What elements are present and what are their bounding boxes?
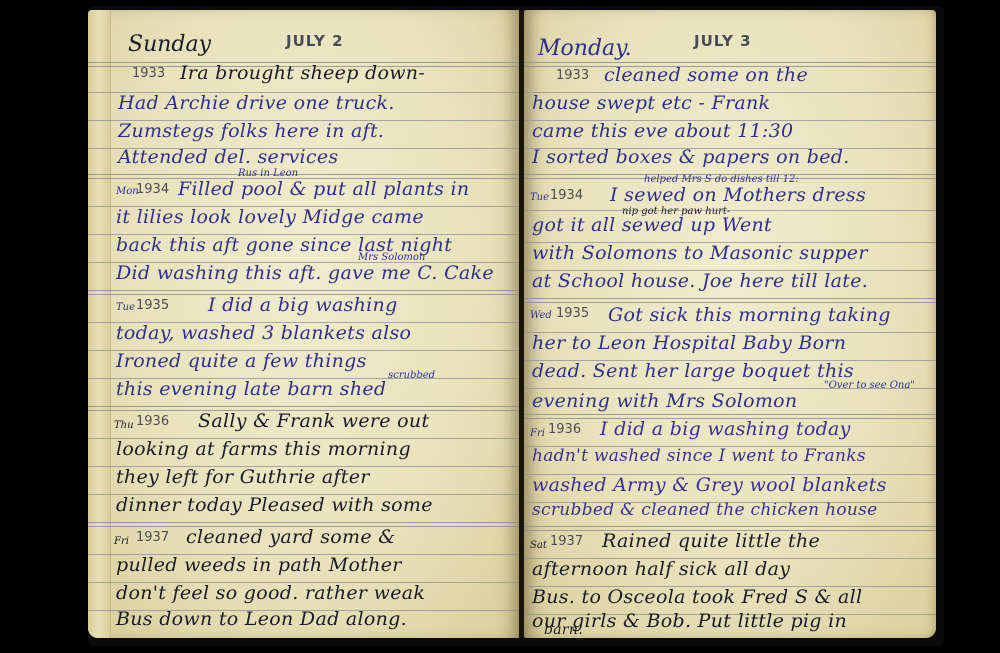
entry-line: Sally & Frank were out <box>198 410 429 432</box>
right-page: Monday. JULY 3 1933 cleaned some on the … <box>524 10 936 638</box>
entry-line: don't feel so good. rather weak <box>116 582 425 604</box>
entry-line: I did a big washing <box>208 294 398 316</box>
entry-line: Ira brought sheep down- <box>180 62 425 84</box>
entry-year: 1935 <box>136 298 169 313</box>
page-edge <box>88 10 111 638</box>
entry-line: scrubbed & cleaned the chicken house <box>532 500 878 520</box>
entry-line: dinner today Pleased with some <box>116 494 433 516</box>
left-page: Sunday JULY 2 1933 Ira brought sheep dow… <box>88 10 520 638</box>
entry-line: afternoon half sick all day <box>532 558 790 580</box>
entry-year: 1937 <box>136 530 169 545</box>
section-rule <box>524 298 936 303</box>
entry-year: 1937 <box>550 534 583 549</box>
entry-line: Had Archie drive one truck. <box>118 92 395 114</box>
entry-prefix: Tue <box>116 302 135 313</box>
entry-year: 1933 <box>132 66 165 81</box>
weekday-label: Sunday <box>128 32 211 57</box>
entry-prefix: Tue <box>530 192 549 203</box>
entry-line: with Solomons to Masonic supper <box>532 242 868 264</box>
entry-line: dead. Sent her large boquet this <box>532 360 854 382</box>
entry-line: evening with Mrs Solomon <box>532 390 797 412</box>
margin-annotation: "Over to see Ona" <box>824 380 915 391</box>
entry-year: 1936 <box>548 422 581 437</box>
entry-line: got it all sewed up Went <box>532 214 772 236</box>
entry-prefix: Sat <box>530 540 547 551</box>
entry-prefix: Wed <box>530 310 552 321</box>
entry-year: 1934 <box>550 188 583 203</box>
entry-line: I sorted boxes & papers on bed. <box>532 146 850 168</box>
date-heading: JULY 3 <box>694 32 752 50</box>
entry-line: at School house. Joe here till late. <box>532 270 868 292</box>
entry-year: 1935 <box>556 306 589 321</box>
entry-prefix: Thu <box>114 420 134 431</box>
entry-line: washed Army & Grey wool blankets <box>532 474 887 496</box>
entry-line: Filled pool & put all plants in <box>178 178 469 200</box>
entry-line: today, washed 3 blankets also <box>116 322 411 344</box>
entry-year: 1934 <box>136 182 169 197</box>
entry-line: I did a big washing today <box>600 418 851 440</box>
entry-line: came this eve about 11:30 <box>532 120 793 142</box>
entry-line: barn. <box>544 622 583 638</box>
entry-line: Zumstegs folks here in aft. <box>118 120 384 142</box>
entry-line: Bus down to Leon Dad along. <box>116 608 407 630</box>
entry-line: looking at farms this morning <box>116 438 411 460</box>
entry-line: house swept etc - Frank <box>532 92 770 114</box>
entry-line: Bus. to Osceola took Fred S & all <box>532 586 862 608</box>
entry-prefix: Fri <box>530 428 545 439</box>
margin-annotation: scrubbed <box>388 370 435 381</box>
entry-line: they left for Guthrie after <box>116 466 370 488</box>
entry-line: Did washing this aft. gave me C. Cake <box>116 262 494 284</box>
entry-line: it lilies look lovely Midge came <box>116 206 424 228</box>
weekday-label: Monday. <box>538 36 632 61</box>
entry-prefix: Fri <box>114 536 129 547</box>
entry-line: Ironed quite a few things <box>116 350 367 372</box>
entry-line: Rained quite little the <box>602 530 820 552</box>
entry-line: cleaned yard some & <box>186 526 395 548</box>
entry-year: 1936 <box>136 414 169 429</box>
date-heading: JULY 2 <box>286 32 344 50</box>
entry-line: pulled weeds in path Mother <box>116 554 402 576</box>
entry-line: cleaned some on the <box>604 64 808 86</box>
entry-line: her to Leon Hospital Baby Born <box>532 332 846 354</box>
entry-line: this evening late barn shed <box>116 378 386 400</box>
entry-line: Attended del. services <box>118 146 338 168</box>
entry-line: hadn't washed since I went to Franks <box>532 446 866 466</box>
entry-line: Got sick this morning taking <box>608 304 891 326</box>
entry-line: I sewed on Mothers dress <box>610 184 866 206</box>
entry-year: 1933 <box>556 68 589 83</box>
